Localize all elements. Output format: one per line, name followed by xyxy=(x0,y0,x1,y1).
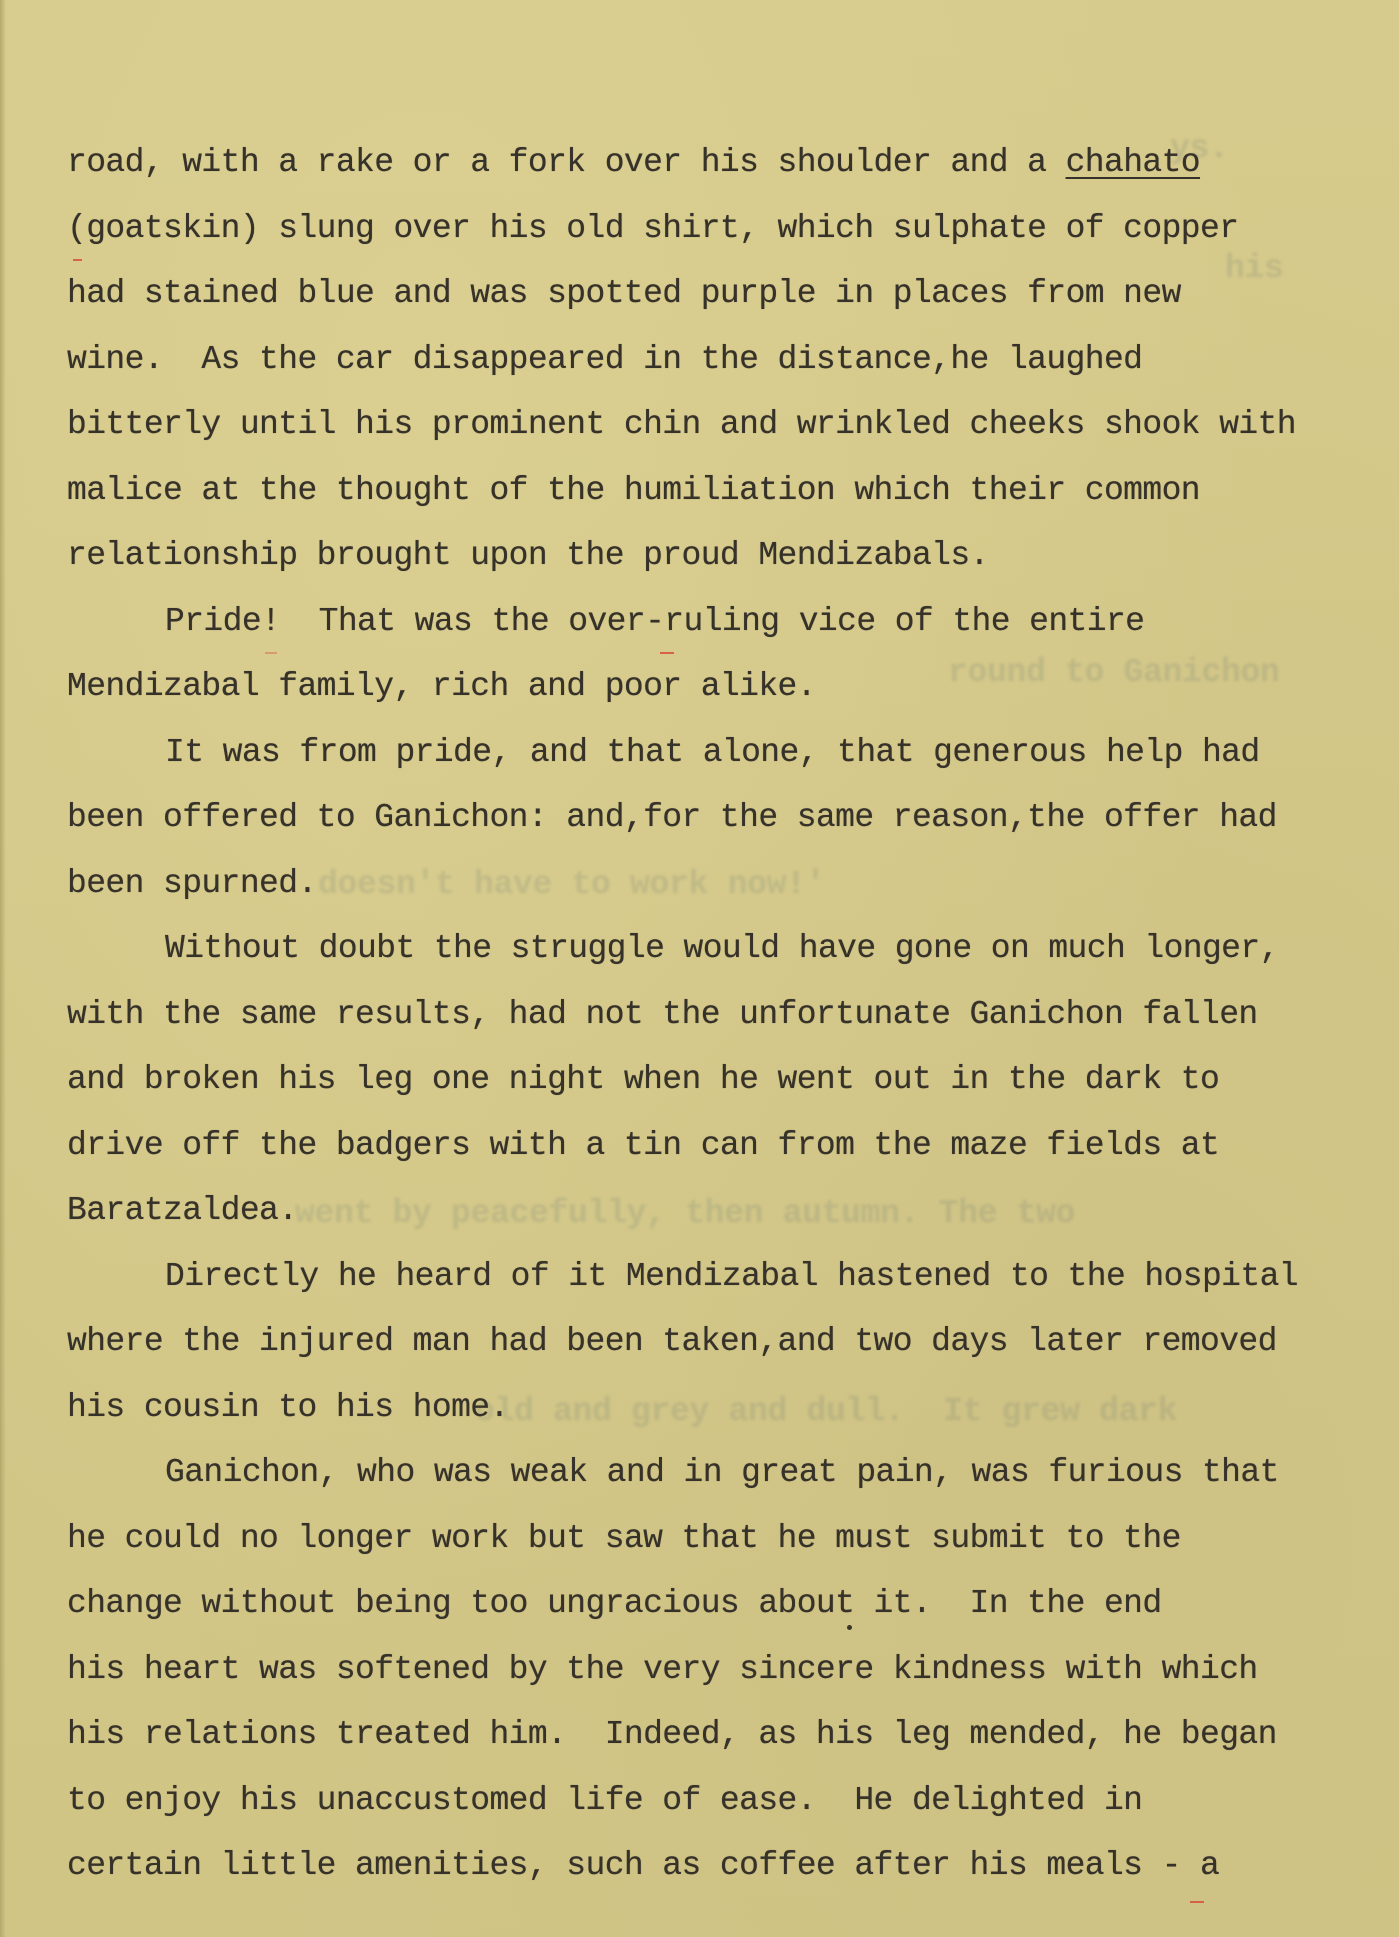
text-line: relationship brought upon the proud Mend… xyxy=(67,523,1367,589)
text-line: road, with a rake or a fork over his sho… xyxy=(67,130,1367,196)
paragraph-start-line: Directly he heard of it Mendizabal haste… xyxy=(67,1244,1367,1310)
text-line: Mendizabal family, rich and poor alike. xyxy=(67,654,1367,720)
text-line: his relations treated him. Indeed, as hi… xyxy=(67,1702,1367,1768)
text-line: Baratzaldea. xyxy=(67,1178,1367,1244)
text-line: wine. As the car disappeared in the dist… xyxy=(67,327,1367,393)
text-line: had stained blue and was spotted purple … xyxy=(67,261,1367,327)
red-proof-mark xyxy=(660,652,674,654)
red-proof-mark xyxy=(73,259,82,261)
text-line: his cousin to his home. xyxy=(67,1375,1367,1441)
red-proof-mark xyxy=(265,652,277,654)
text-line: (goatskin) slung over his old shirt, whi… xyxy=(67,196,1367,262)
paragraph-start-line: It was from pride, and that alone, that … xyxy=(67,720,1367,786)
text-line: certain little amenities, such as coffee… xyxy=(67,1833,1367,1899)
page-edge-shadow xyxy=(0,0,6,1937)
typescript-body: road, with a rake or a fork over his sho… xyxy=(67,130,1367,1899)
red-proof-mark xyxy=(1190,1901,1204,1903)
paragraph-start-line: Ganichon, who was weak and in great pain… xyxy=(67,1440,1367,1506)
paragraph-start-line: Without doubt the struggle would have go… xyxy=(67,916,1367,982)
text-line: where the injured man had been taken,and… xyxy=(67,1309,1367,1375)
paragraph-start-line: Pride! That was the over-ruling vice of … xyxy=(67,589,1367,655)
text-line: been spurned. xyxy=(67,851,1367,917)
text-line: and broken his leg one night when he wen… xyxy=(67,1047,1367,1113)
underlined-word: chahato xyxy=(1066,144,1200,181)
text-line: his heart was softened by the very since… xyxy=(67,1637,1367,1703)
text-line: bitterly until his prominent chin and wr… xyxy=(67,392,1367,458)
typescript-page: ys. his round to Ganichon doesn't have t… xyxy=(0,0,1399,1937)
text-line: malice at the thought of the humiliation… xyxy=(67,458,1367,524)
text-line: change without being too ungracious abou… xyxy=(67,1571,1367,1637)
text-line: with the same results, had not the unfor… xyxy=(67,982,1367,1048)
stray-ink-dot xyxy=(847,1625,852,1630)
text-line: to enjoy his unaccustomed life of ease. … xyxy=(67,1768,1367,1834)
text-line: he could no longer work but saw that he … xyxy=(67,1506,1367,1572)
text-line: been offered to Ganichon: and,for the sa… xyxy=(67,785,1367,851)
text-line: drive off the badgers with a tin can fro… xyxy=(67,1113,1367,1179)
